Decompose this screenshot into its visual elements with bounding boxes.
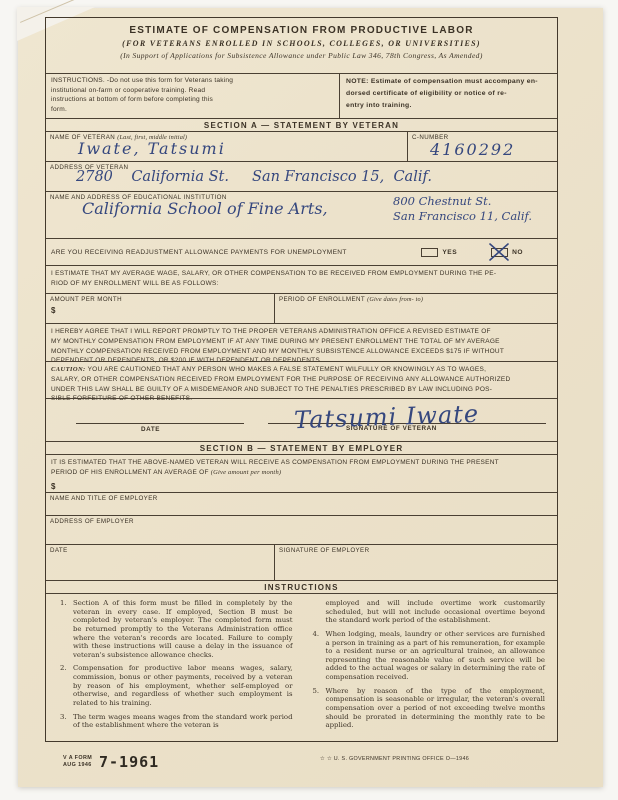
period-hint: (Give dates from- to) xyxy=(367,296,423,303)
date-label: DATE xyxy=(141,426,160,433)
gpo-imprint: ☆ ☆ U. S. GOVERNMENT PRINTING OFFICE O—1… xyxy=(213,756,576,762)
instruction-item-4: 4. When lodging, meals, laundry or other… xyxy=(313,630,546,682)
institution-row: NAME AND ADDRESS OF EDUCATIONAL INSTITUT… xyxy=(46,191,557,238)
veteran-signature-row: DATE SIGNATURE OF VETERAN Tatsumi Iwate xyxy=(46,398,557,441)
name-cnumber-row: NAME OF VETERAN (Last, first, middle ini… xyxy=(46,131,557,161)
veteran-signature-value: Tatsumi Iwate xyxy=(294,400,480,434)
instructions-body: 1. Section A of this form must be filled… xyxy=(46,593,557,741)
institution-address-line1: 800 Chestnut St. xyxy=(393,194,553,209)
amount-label: AMOUNT PER MONTH xyxy=(46,294,274,303)
instruction-3cont-number xyxy=(313,599,326,625)
form-subtitle-1: (FOR VETERANS ENROLLED IN SCHOOLS, COLLE… xyxy=(46,39,557,48)
employer-date-signature-row: DATE SIGNATURE OF EMPLOYER xyxy=(46,544,557,580)
agreement-row: I HEREBY AGREE THAT I WILL REPORT PROMPT… xyxy=(46,323,557,361)
scanned-form-page: { "title": { "line1": "ESTIMATE OF COMPE… xyxy=(0,0,618,800)
cnumber-value: 4160292 xyxy=(430,140,557,159)
instruction-1-text: Section A of this form must be filled in… xyxy=(73,599,293,659)
instruction-item-3: 3. The term wages means wages from the s… xyxy=(60,713,293,730)
section-b-header: SECTION B — STATEMENT BY EMPLOYER xyxy=(46,441,557,454)
instruction-3cont-text: employed and will include overtime work … xyxy=(326,599,546,625)
instruction-3-number: 3. xyxy=(60,713,73,730)
title-block: ESTIMATE OF COMPENSATION FROM PRODUCTIVE… xyxy=(46,18,557,73)
readjustment-row: ARE YOU RECEIVING READJUSTMENT ALLOWANCE… xyxy=(46,238,557,265)
instructions-block: INSTRUCTIONS. -Do not use this form for … xyxy=(46,74,339,118)
veteran-address-row: ADDRESS OF VETERAN 2780 California St. S… xyxy=(46,161,557,191)
instruction-2-text: Compensation for productive labor means … xyxy=(73,664,293,707)
instruction-item-1: 1. Section A of this form must be filled… xyxy=(60,599,293,659)
amount-dollar-sign: $ xyxy=(51,306,274,315)
instruction-1-number: 1. xyxy=(60,599,73,659)
employer-signature-field: SIGNATURE OF EMPLOYER xyxy=(274,545,557,580)
va-form-number: 7-1961 xyxy=(99,753,159,771)
employer-estimate-hint: (Give amount per month) xyxy=(211,469,282,476)
va-form: ESTIMATE OF COMPENSATION FROM PRODUCTIVE… xyxy=(45,17,558,742)
employer-date-label: DATE xyxy=(46,545,274,554)
institution-address-value: 800 Chestnut St. San Francisco 11, Calif… xyxy=(393,194,553,224)
agreement-statement: I HEREBY AGREE THAT I WILL REPORT PROMPT… xyxy=(46,324,557,366)
va-form-id: V A FORM AUG 1946 xyxy=(63,755,92,769)
instruction-2-number: 2. xyxy=(60,664,73,707)
caution-row: CAUTION: YOU ARE CAUTIONED THAT ANY PERS… xyxy=(46,361,557,398)
employer-address-row: ADDRESS OF EMPLOYER xyxy=(46,515,557,544)
veteran-name-field: NAME OF VETERAN (Last, first, middle ini… xyxy=(46,132,407,161)
employer-name-row: NAME AND TITLE OF EMPLOYER xyxy=(46,492,557,515)
employer-name-label: NAME AND TITLE OF EMPLOYER xyxy=(46,493,557,502)
veteran-address-value: 2780 California St. San Francisco 15, Ca… xyxy=(76,169,557,185)
form-subtitle-2: (In Support of Applications for Subsiste… xyxy=(46,51,557,60)
instruction-5-number: 5. xyxy=(313,687,326,730)
caution-lead: CAUTION: xyxy=(51,366,86,373)
employer-estimate-row: IT IS ESTIMATED THAT THE ABOVE-NAMED VET… xyxy=(46,454,557,492)
employer-dollar-sign: $ xyxy=(51,482,557,491)
period-field: PERIOD OF ENROLLMENT (Give dates from- t… xyxy=(274,294,557,323)
readjustment-question: ARE YOU RECEIVING READJUSTMENT ALLOWANCE… xyxy=(46,249,421,256)
yes-checkbox xyxy=(421,248,438,257)
instructions-note-row: INSTRUCTIONS. -Do not use this form for … xyxy=(46,73,557,118)
instruction-item-2: 2. Compensation for productive labor mea… xyxy=(60,664,293,707)
instructions-left-column: 1. Section A of this form must be filled… xyxy=(60,599,303,741)
employer-estimate-statement: IT IS ESTIMATED THAT THE ABOVE-NAMED VET… xyxy=(46,455,557,478)
estimate-statement-row: I ESTIMATE THAT MY AVERAGE WAGE, SALARY,… xyxy=(46,265,557,293)
period-label: PERIOD OF ENROLLMENT (Give dates from- t… xyxy=(275,294,557,303)
instructions-header: INSTRUCTIONS xyxy=(46,580,557,593)
section-a-header: SECTION A — STATEMENT BY VETERAN xyxy=(46,118,557,131)
cnumber-field: C-NUMBER 4160292 xyxy=(407,132,557,161)
employer-date-field: DATE xyxy=(46,545,274,580)
instructions-right-column: employed and will include overtime work … xyxy=(303,599,546,741)
instruction-item-3-continued: employed and will include overtime work … xyxy=(313,599,546,625)
veteran-name-value: Iwate, Tatsumi xyxy=(78,139,407,158)
estimate-statement: I ESTIMATE THAT MY AVERAGE WAGE, SALARY,… xyxy=(46,266,557,289)
amount-field: AMOUNT PER MONTH $ xyxy=(46,294,274,323)
yes-label: YES xyxy=(442,249,457,256)
institution-value: California School of Fine Arts, xyxy=(82,199,393,218)
instruction-5-text: Where by reason of the type of the emplo… xyxy=(326,687,546,730)
date-underline xyxy=(76,423,244,424)
yes-checkbox-group: YES xyxy=(421,248,457,257)
form-title: ESTIMATE OF COMPENSATION FROM PRODUCTIVE… xyxy=(46,25,557,36)
period-label-text: PERIOD OF ENROLLMENT xyxy=(279,296,367,303)
instruction-4-text: When lodging, meals, laundry or other se… xyxy=(326,630,546,682)
employer-address-label: ADDRESS OF EMPLOYER xyxy=(46,516,557,525)
instruction-item-5: 5. Where by reason of the type of the em… xyxy=(313,687,546,730)
employer-signature-label: SIGNATURE OF EMPLOYER xyxy=(275,545,557,554)
no-checkbox-group: NO xyxy=(491,248,523,257)
no-label: NO xyxy=(512,249,523,256)
caution-text: YOU ARE CAUTIONED THAT ANY PERSON WHO MA… xyxy=(51,366,510,402)
instruction-3-text: The term wages means wages from the stan… xyxy=(73,713,293,730)
no-checkbox-x-mark xyxy=(487,241,511,263)
institution-address-line2: San Francisco 11, Calif. xyxy=(393,209,553,224)
note-block: NOTE: Estimate of compensation must acco… xyxy=(339,74,557,118)
instruction-4-number: 4. xyxy=(313,630,326,682)
amount-period-row: AMOUNT PER MONTH $ PERIOD OF ENROLLMENT … xyxy=(46,293,557,323)
